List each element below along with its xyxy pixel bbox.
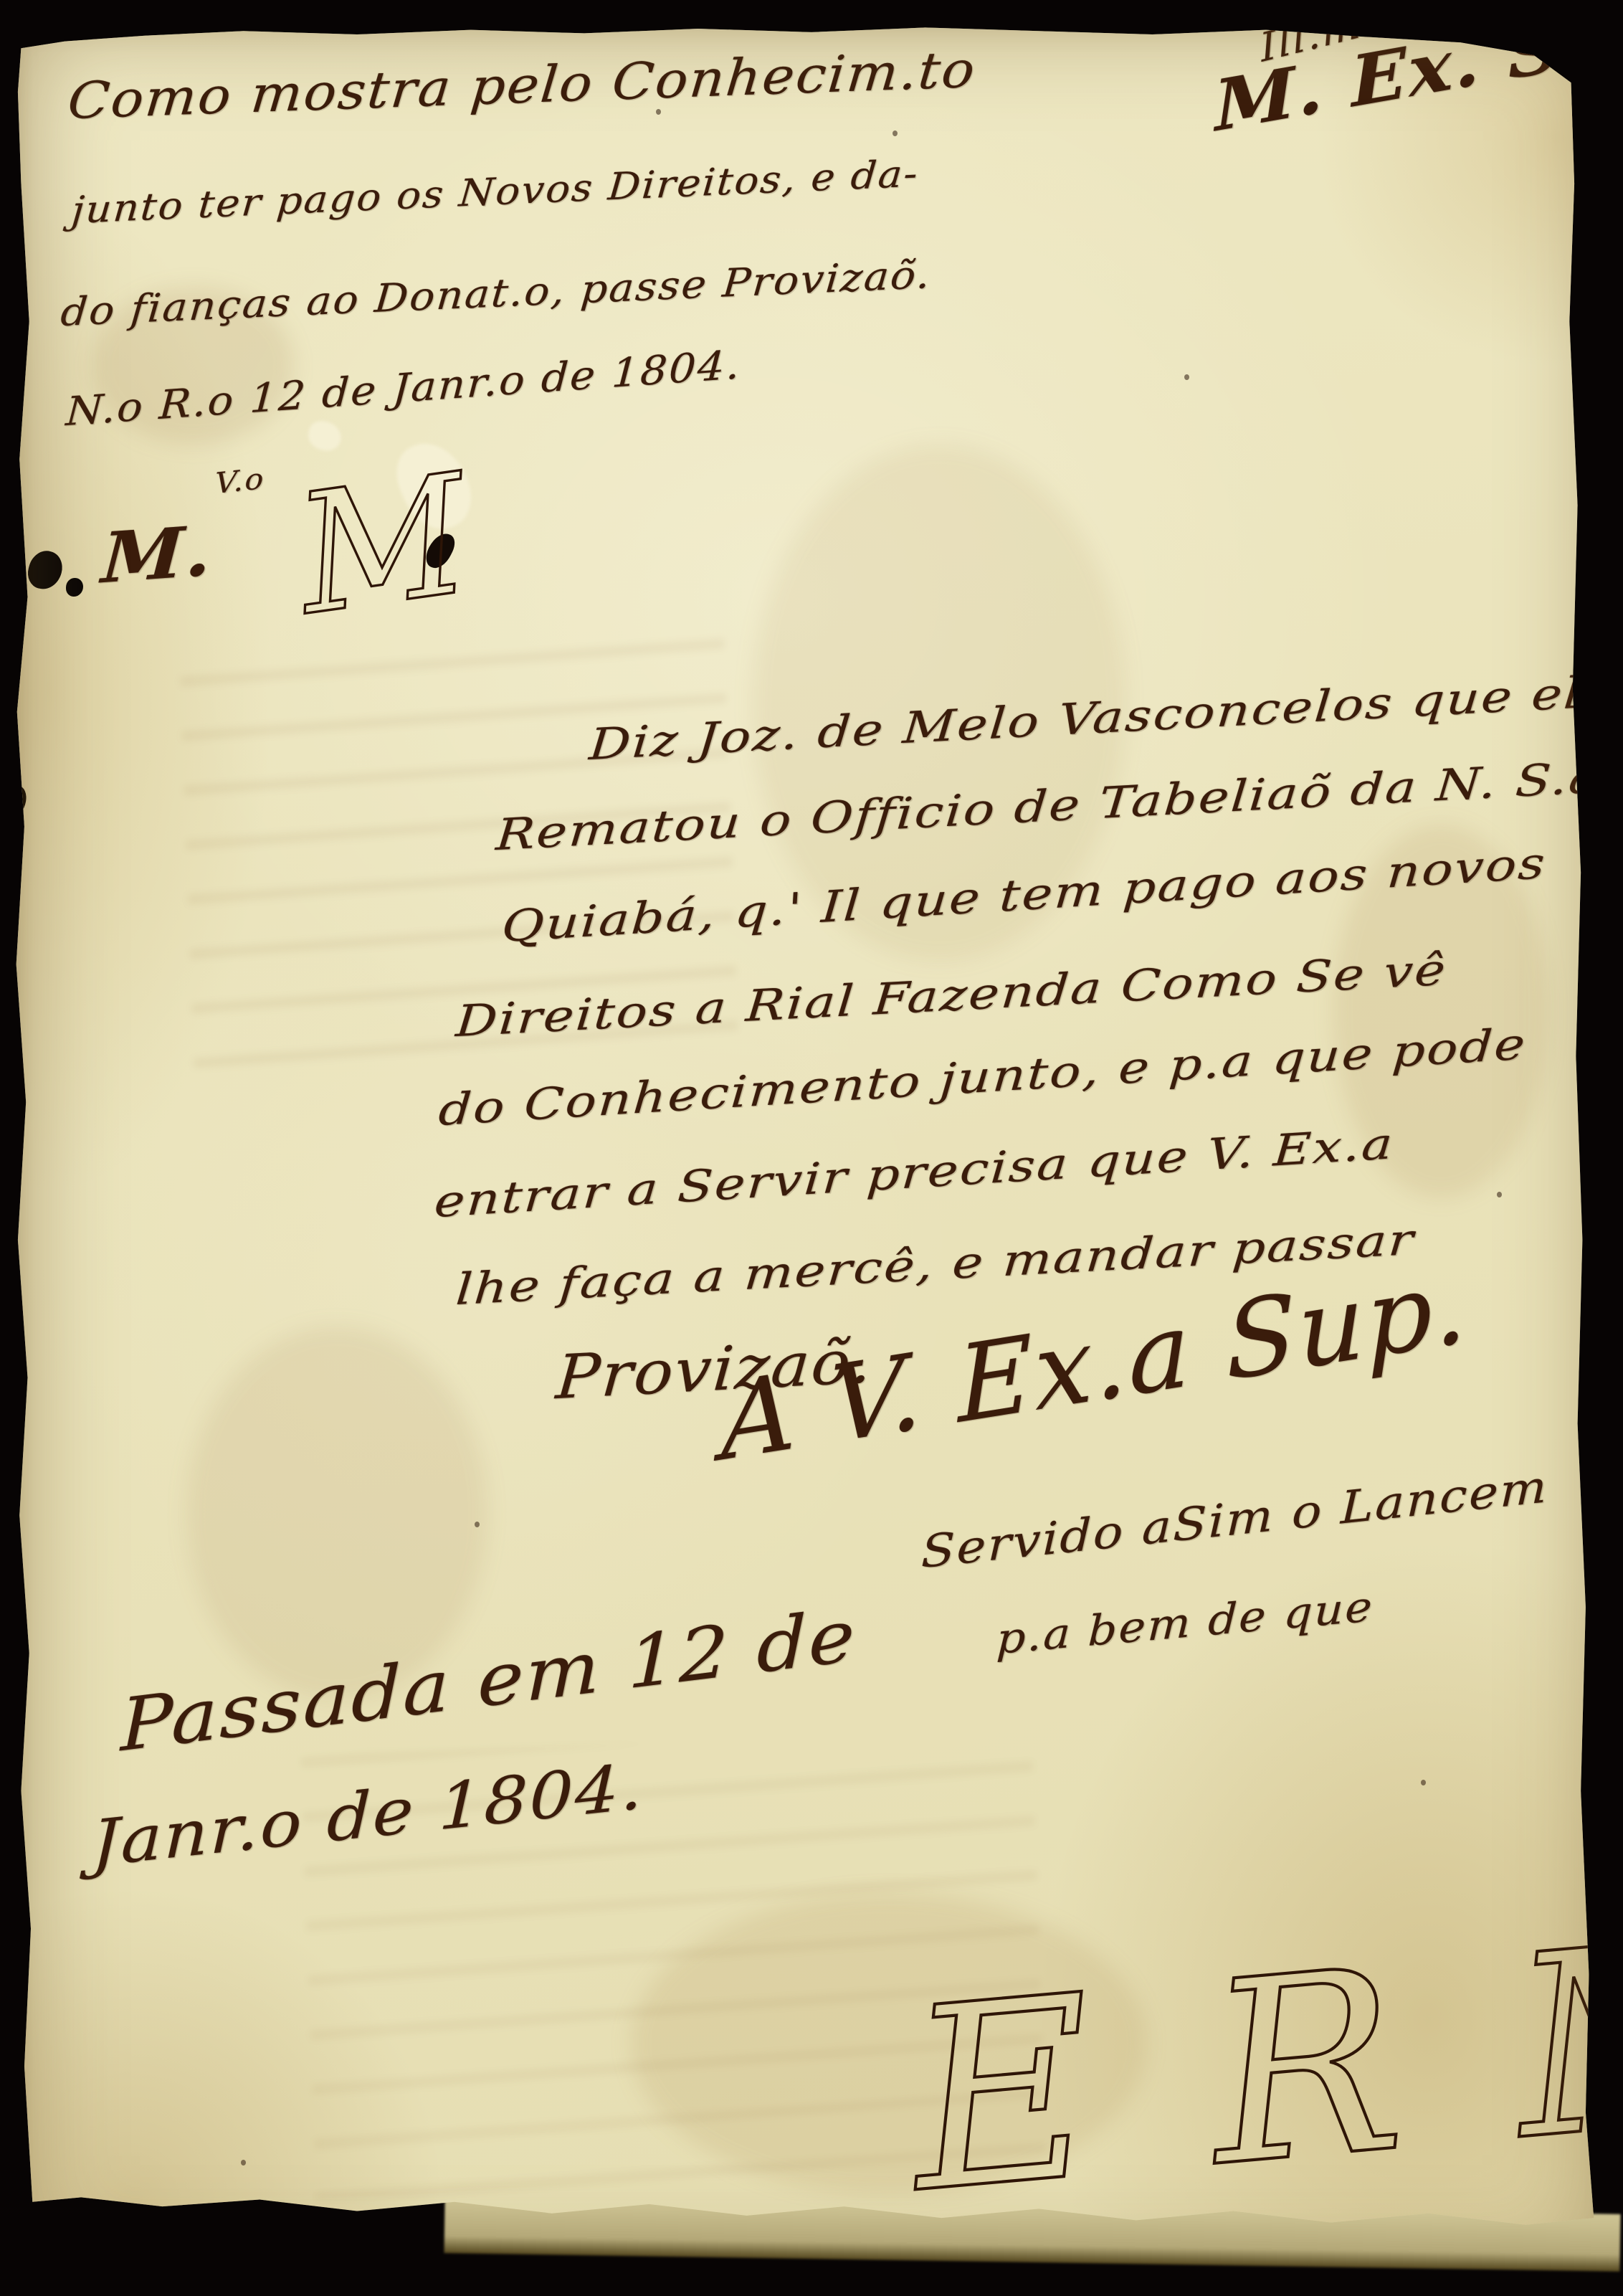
rubric-flourish: M <box>277 414 523 671</box>
registry-line: junto ter pago os Novos Direitos, e da- <box>70 152 920 232</box>
speck <box>1421 1780 1426 1785</box>
manuscript-photo: Ill.mons M. Ex. Sñr Como mostra pelo Con… <box>0 0 1623 2296</box>
petition-grant-line: p.a bem de que <box>996 1582 1375 1664</box>
speck <box>475 1522 480 1527</box>
speck <box>1184 374 1189 380</box>
speck <box>241 2160 246 2165</box>
salutation-monogram: M. Ex. Sñr <box>1212 0 1623 147</box>
visto-mark: V.o <box>215 462 265 501</box>
speck <box>893 131 898 136</box>
petition-grant-line: Servido aSim o Lancem <box>920 1460 1548 1578</box>
paper-sheet: Ill.mons M. Ex. Sñr Como mostra pelo Con… <box>0 0 1623 2296</box>
wormhole <box>66 578 83 597</box>
registry-line: Como mostra pelo Conhecim.to <box>65 40 979 131</box>
edge-tear <box>5 784 29 817</box>
speck <box>1497 1192 1502 1197</box>
wormhole <box>24 547 66 593</box>
registry-line: do fianças ao Donat.o, passe Provizaõ. <box>60 252 933 335</box>
rubric-flourish-letter: M <box>283 439 484 653</box>
petition-line: entrar a Servir precisa que V. Ex.a <box>433 1119 1396 1228</box>
rubric-initial: M. <box>100 510 215 599</box>
closing-monogram: E R M <box>895 1880 1623 2249</box>
